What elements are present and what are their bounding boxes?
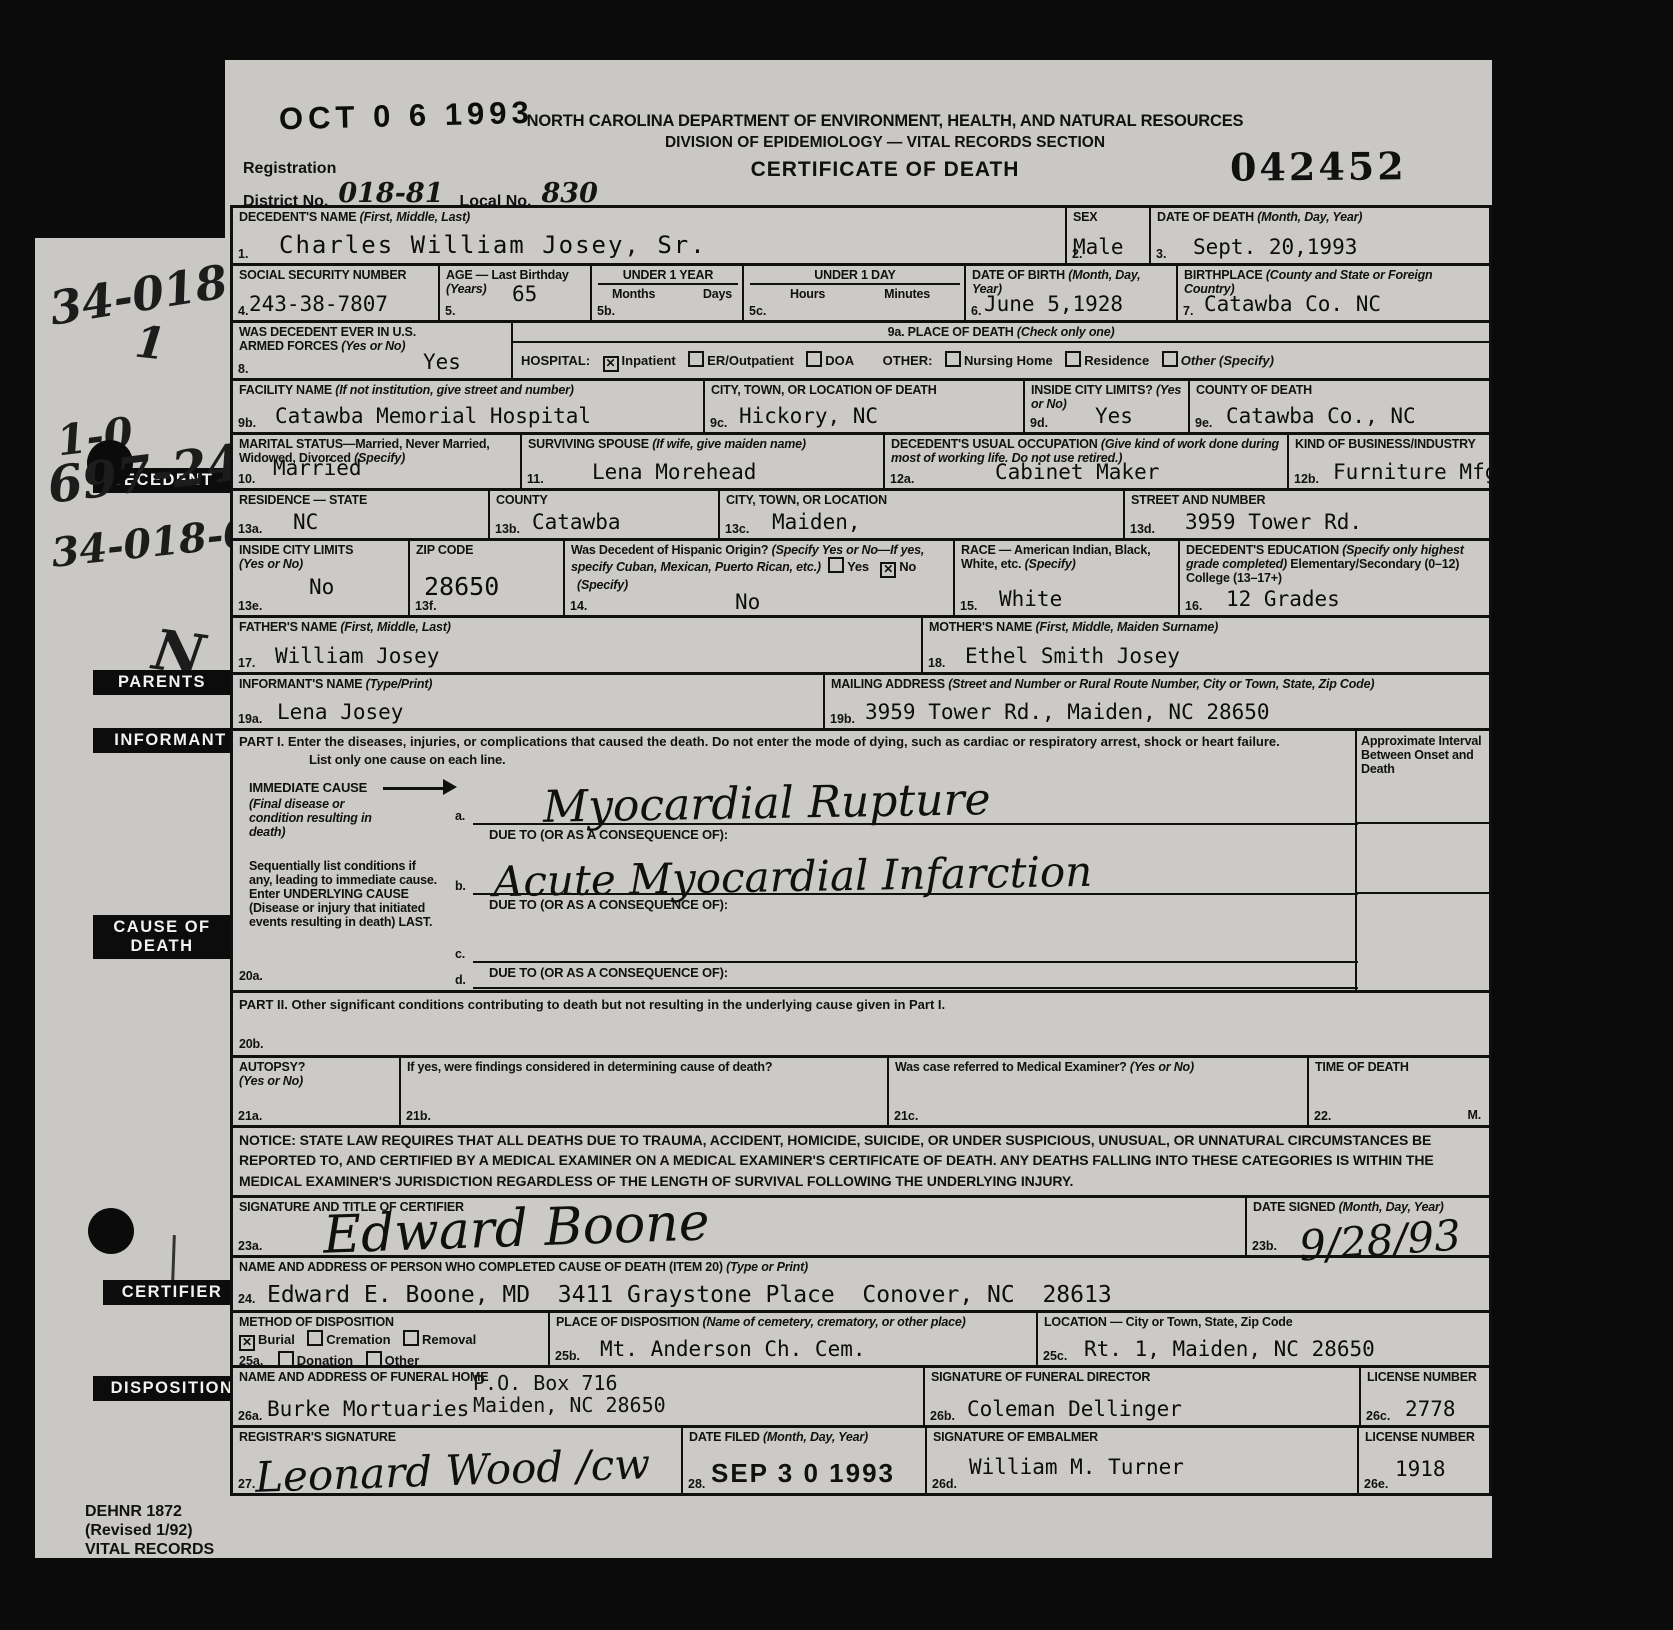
checkbox-burial: ✕ — [239, 1335, 255, 1351]
field-num: 21c. — [894, 1109, 918, 1123]
interval-line-b — [1357, 892, 1489, 894]
residence-city-value: Maiden, — [772, 510, 861, 534]
mother-value: Ethel Smith Josey — [965, 644, 1180, 668]
field-num: 17. — [238, 656, 255, 670]
field-marital-status: MARITAL STATUS—Married, Never Married, W… — [233, 435, 520, 488]
field-registrar-signature: REGISTRAR'S SIGNATURE 27. Leonard Wood /… — [233, 1428, 681, 1493]
certifier-signature-value: Edward Boone — [322, 1192, 710, 1265]
interval-label: Approximate Interval Between Onset and D… — [1357, 731, 1489, 779]
field-date-of-death: DATE OF DEATH (Month, Day, Year) 3. Sept… — [1149, 208, 1489, 263]
field-num: 19b. — [830, 712, 855, 726]
checkbox-other-specify — [1162, 351, 1178, 367]
mother-sublabel: (First, Middle, Maiden Surname) — [1035, 620, 1218, 634]
field-mother-name: MOTHER'S NAME (First, Middle, Maiden Sur… — [921, 618, 1489, 672]
field-num: 13b. — [495, 522, 520, 536]
mailing-label: MAILING ADDRESS — [831, 677, 945, 691]
findings-label: If yes, were findings considered in dete… — [407, 1060, 883, 1074]
row-ssn-age-birth: SOCIAL SECURITY NUMBER 4. 243-38-7807 AG… — [233, 266, 1489, 323]
certificate-form: DECEDENT'S NAME (First, Middle, Last) 1.… — [230, 205, 1492, 1496]
row-autopsy: AUTOPSY?(Yes or No) 21a. If yes, were fi… — [233, 1058, 1489, 1128]
completer-value: Edward E. Boone, MD 3411 Graystone Place… — [267, 1282, 1112, 1308]
field-num: 26c. — [1366, 1409, 1390, 1423]
field-num: 9e. — [1195, 416, 1212, 430]
decedent-name-label: DECEDENT'S NAME — [239, 210, 356, 224]
field-father-name: FATHER'S NAME (First, Middle, Last) 17. … — [233, 618, 921, 672]
field-num: 12a. — [890, 472, 914, 486]
field-num: 21a. — [238, 1109, 262, 1123]
field-num: 25c. — [1043, 1349, 1067, 1363]
embalmer-license-label: LICENSE NUMBER — [1365, 1430, 1485, 1444]
part1-cause-of-death: PART I. Enter the diseases, injuries, or… — [233, 731, 1489, 993]
checkbox-removal — [403, 1330, 419, 1346]
row-registrar: REGISTRAR'S SIGNATURE 27. Leonard Wood /… — [233, 1428, 1489, 1493]
checkbox-doa — [806, 351, 822, 367]
form-number-block: DEHNR 1872 (Revised 1/92) VITAL RECORDS — [85, 1502, 214, 1560]
hospital-label: HOSPITAL: — [521, 353, 590, 368]
funeral-director-label: SIGNATURE OF FUNERAL DIRECTOR — [931, 1370, 1355, 1384]
field-num: 8. — [238, 362, 248, 376]
checkbox-nursing-home — [945, 351, 961, 367]
disposition-place-value: Mt. Anderson Ch. Cem. — [600, 1337, 866, 1361]
county-of-death-value: Catawba Co., NC — [1226, 404, 1416, 428]
line-d-letter: d. — [455, 973, 466, 987]
checkbox-residence — [1065, 351, 1081, 367]
residence-county-label: COUNTY — [496, 493, 714, 507]
field-num: 11. — [527, 472, 544, 486]
date-filed-sublabel: (Month, Day, Year) — [763, 1430, 868, 1444]
row-parents: FATHER'S NAME (First, Middle, Last) 17. … — [233, 618, 1489, 675]
mother-label: MOTHER'S NAME — [929, 620, 1032, 634]
row-cause-completer: NAME AND ADDRESS OF PERSON WHO COMPLETED… — [233, 1258, 1489, 1313]
certificate-paper: OCT 0 6 1993 NORTH CAROLINA DEPARTMENT O… — [35, 60, 1492, 1558]
checkbox-donation — [278, 1351, 294, 1367]
minutes-label: Minutes — [884, 287, 930, 301]
sex-value: Male — [1073, 235, 1124, 259]
date-of-death-label: DATE OF DEATH — [1157, 210, 1254, 224]
field-num: 12b. — [1294, 472, 1319, 486]
section-label-informant: INFORMANT — [93, 728, 248, 753]
funeral-director-value: Coleman Dellinger — [967, 1397, 1182, 1421]
field-race: RACE — American Indian, Black, White, et… — [953, 541, 1178, 615]
field-num: 13d. — [1130, 522, 1155, 536]
field-funeral-director: SIGNATURE OF FUNERAL DIRECTOR 26b. Colem… — [923, 1368, 1359, 1425]
burial-label: Burial — [258, 1332, 295, 1347]
field-num: 13a. — [238, 522, 262, 536]
director-license-label: LICENSE NUMBER — [1367, 1370, 1485, 1384]
death-label: DEATH — [103, 937, 221, 956]
field-zip-code: ZIP CODE 13f. 28650 — [408, 541, 563, 615]
scanned-death-certificate: OCT 0 6 1993 NORTH CAROLINA DEPARTMENT O… — [0, 0, 1673, 1630]
checkbox-inpatient: ✕ — [603, 356, 619, 372]
immediate-cause-label: IMMEDIATE CAUSE — [249, 781, 367, 796]
date-signed-label: DATE SIGNED — [1253, 1200, 1335, 1214]
certificate-number: 042452 — [1230, 143, 1407, 190]
hispanic-value: No — [735, 590, 760, 614]
field-residence-city: CITY, TOWN, OR LOCATION 13c. Maiden, — [718, 491, 1123, 538]
autopsy-label: AUTOPSY? — [239, 1060, 305, 1074]
field-industry: KIND OF BUSINESS/INDUSTRY 12b. Furniture… — [1287, 435, 1489, 488]
row-decedent-name: DECEDENT'S NAME (First, Middle, Last) 1.… — [233, 208, 1489, 266]
field-num: 9d. — [1030, 416, 1048, 430]
field-embalmer-license: LICENSE NUMBER 26e. 1918 — [1357, 1428, 1489, 1493]
field-disposition-location: LOCATION — City or Town, State, Zip Code… — [1036, 1313, 1489, 1365]
field-num: 9c. — [710, 416, 727, 430]
embalmer-value: William M. Turner — [969, 1455, 1184, 1479]
doa-label: DOA — [825, 353, 854, 368]
hole-punch — [88, 1208, 134, 1254]
line-a-letter: a. — [455, 809, 465, 823]
department-name: NORTH CAROLINA DEPARTMENT OF ENVIRONMENT… — [435, 112, 1335, 131]
res-inside-city-value: No — [309, 575, 334, 599]
residence-city-label: CITY, TOWN, OR LOCATION — [726, 493, 1119, 507]
disposition-location-label: LOCATION — City or Town, State, Zip Code — [1044, 1315, 1485, 1329]
field-num: 25b. — [555, 1349, 580, 1363]
checkbox-other-disposition — [366, 1351, 382, 1367]
county-of-death-label: COUNTY OF DEATH — [1196, 383, 1485, 397]
autopsy-sublabel: (Yes or No) — [239, 1074, 303, 1088]
part2-instruction-text: Other significant conditions contributin… — [292, 997, 946, 1012]
field-date-filed: DATE FILED (Month, Day, Year) 28. SEP 3 … — [681, 1428, 925, 1493]
field-num: 5. — [445, 304, 455, 318]
residence-label: Residence — [1084, 353, 1149, 368]
cremation-label: Cremation — [326, 1332, 390, 1347]
checkbox-er-outpatient — [688, 351, 704, 367]
facility-value: Catawba Memorial Hospital — [275, 404, 591, 428]
division-name: DIVISION OF EPIDEMIOLOGY — VITAL RECORDS… — [435, 134, 1335, 152]
date-of-death-sublabel: (Month, Day, Year) — [1257, 210, 1362, 224]
field-birthplace: BIRTHPLACE (County and State or Foreign … — [1176, 266, 1489, 320]
res-inside-city-label: INSIDE CITY LIMITS — [239, 543, 353, 557]
field-city-of-death: CITY, TOWN, OR LOCATION OF DEATH 9c. Hic… — [703, 381, 1023, 432]
city-of-death-label: CITY, TOWN, OR LOCATION OF DEATH — [711, 383, 1019, 397]
nursing-home-label: Nursing Home — [964, 353, 1053, 368]
field-num: 6. — [971, 304, 981, 318]
informant-label: INFORMANT'S NAME — [239, 677, 362, 691]
field-armed-forces: WAS DECEDENT EVER IN U.S. ARMED FORCES (… — [233, 323, 511, 378]
field-num: 25a. — [239, 1354, 263, 1368]
field-num: 26d. — [932, 1477, 957, 1491]
place-of-death-label: PLACE OF DEATH — [908, 325, 1014, 339]
field-num: 27. — [238, 1477, 255, 1491]
field-mailing-address: MAILING ADDRESS (Street and Number or Ru… — [823, 675, 1489, 728]
field-place-of-death: 9a. PLACE OF DEATH (Check only one) HOSP… — [511, 323, 1489, 378]
occupation-value: Cabinet Maker — [995, 460, 1159, 484]
row-residence: RESIDENCE — STATE 13a. NC COUNTY 13b. Ca… — [233, 491, 1489, 541]
father-label: FATHER'S NAME — [239, 620, 337, 634]
father-sublabel: (First, Middle, Last) — [340, 620, 450, 634]
sequential-conditions-label: Sequentially list conditions if any, lea… — [249, 859, 439, 929]
decedent-name-sublabel: (First, Middle, Last) — [360, 210, 470, 224]
field-education: DECEDENT'S EDUCATION (Specify only highe… — [1178, 541, 1489, 615]
form-number: DEHNR 1872 — [85, 1502, 214, 1521]
inside-city-label: INSIDE CITY LIMITS? — [1031, 383, 1153, 397]
residence-street-label: STREET AND NUMBER — [1131, 493, 1485, 507]
field-num: 5c. — [749, 304, 766, 318]
field-num: 23b. — [1252, 1239, 1277, 1253]
other-label: OTHER: — [883, 353, 933, 368]
field-num: 14. — [570, 599, 587, 613]
scan-shadow — [35, 60, 225, 238]
field-death-inside-city: INSIDE CITY LIMITS? (Yes or No) 9d. Yes — [1023, 381, 1188, 432]
field-num: 4. — [238, 304, 248, 318]
field-num: 23a. — [238, 1239, 262, 1253]
dob-value: June 5,1928 — [984, 292, 1123, 316]
section-label-certifier: CERTIFIER — [103, 1280, 241, 1305]
age-value: 65 — [512, 282, 537, 306]
hispanic-no-label: No — [899, 559, 916, 574]
field-num-20a: 20a. — [239, 969, 263, 983]
disposition-place-sublabel: (Name of cemetery, crematory, or other p… — [703, 1315, 966, 1329]
residence-street-value: 3959 Tower Rd. — [1185, 510, 1362, 534]
other-specify-label: Other (Specify) — [1181, 353, 1274, 368]
funeral-home-address-line1: P.O. Box 716 — [473, 1372, 666, 1394]
row-zip-hispanic-race-education: INSIDE CITY LIMITS(Yes or No) 13e. No ZI… — [233, 541, 1489, 618]
under-1-year-label: UNDER 1 YEAR — [598, 268, 738, 285]
res-inside-city-sublabel: (Yes or No) — [239, 557, 303, 571]
part2-instructions: PART II. Other significant conditions co… — [239, 997, 1439, 1012]
row-funeral-home: NAME AND ADDRESS OF FUNERAL HOME 26a. Bu… — [233, 1368, 1489, 1428]
cause-a-value: Myocardial Rupture — [543, 774, 991, 833]
line-c-letter: c. — [455, 947, 465, 961]
spouse-label: SURVIVING SPOUSE — [528, 437, 649, 451]
row-marital-spouse-occupation: MARITAL STATUS—Married, Never Married, W… — [233, 435, 1489, 491]
inside-city-value: Yes — [1095, 404, 1133, 428]
field-num: 22. — [1314, 1109, 1331, 1123]
marital-value: Married — [273, 456, 362, 480]
field-num: 9b. — [238, 416, 256, 430]
field-num: 24. — [238, 1292, 255, 1306]
father-value: William Josey — [275, 644, 439, 668]
part1-instructions: PART I. Enter the diseases, injuries, or… — [239, 734, 1349, 749]
field-funeral-home: NAME AND ADDRESS OF FUNERAL HOME 26a. Bu… — [233, 1368, 923, 1425]
disposition-method-label: METHOD OF DISPOSITION — [239, 1315, 544, 1329]
checkbox-cremation — [307, 1330, 323, 1346]
mailing-value: 3959 Tower Rd., Maiden, NC 28650 — [865, 700, 1270, 724]
industry-label: KIND OF BUSINESS/INDUSTRY — [1295, 437, 1485, 451]
city-of-death-value: Hickory, NC — [739, 404, 878, 428]
informant-sublabel: (Type/Print) — [366, 677, 433, 691]
birthplace-label: BIRTHPLACE — [1184, 268, 1263, 282]
field-disposition-place: PLACE OF DISPOSITION (Name of cemetery, … — [548, 1313, 1036, 1365]
part2-other-conditions: PART II. Other significant conditions co… — [233, 993, 1489, 1058]
armed-forces-sublabel: (Yes or No) — [341, 339, 405, 353]
date-filed-label: DATE FILED — [689, 1430, 760, 1444]
field-num: 18. — [928, 656, 945, 670]
completer-label: NAME AND ADDRESS OF PERSON WHO COMPLETED… — [239, 1260, 723, 1274]
cause-line-d — [473, 959, 1358, 989]
medical-examiner-notice: NOTICE: STATE LAW REQUIRES THAT ALL DEAT… — [233, 1128, 1489, 1193]
field-num: 13f. — [415, 599, 437, 613]
interval-line-a — [1357, 822, 1489, 824]
er-outpatient-label: ER/Outpatient — [707, 353, 794, 368]
donation-label: Donation — [297, 1353, 353, 1368]
time-of-death-label: TIME OF DEATH — [1315, 1060, 1485, 1074]
residence-county-value: Catawba — [532, 510, 621, 534]
field-hispanic-origin: Was Decedent of Hispanic Origin? (Specif… — [563, 541, 953, 615]
field-occupation: DECEDENT'S USUAL OCCUPATION (Give kind o… — [883, 435, 1287, 488]
under-1-day-label: UNDER 1 DAY — [750, 268, 960, 285]
field-county-of-death: COUNTY OF DEATH 9e. Catawba Co., NC — [1188, 381, 1489, 432]
field-facility-name: FACILITY NAME (If not institution, give … — [233, 381, 703, 432]
race-sublabel: (Specify) — [1025, 557, 1076, 571]
other-disposition-label: Other — [385, 1353, 420, 1368]
registrar-signature-value: Leonard Wood /cw — [254, 1439, 651, 1502]
field-num: 28. — [688, 1477, 705, 1491]
date-filed-stamp: SEP 3 0 1993 — [711, 1458, 895, 1489]
field-under-1-day: UNDER 1 DAY Hours Minutes 5c. — [742, 266, 964, 320]
ssn-label: SOCIAL SECURITY NUMBER — [239, 268, 434, 282]
facility-sublabel: (If not institution, give street and num… — [335, 383, 573, 397]
field-num: 7. — [1183, 304, 1193, 318]
row-informant: INFORMANT'S NAME (Type/Print) 19a. Lena … — [233, 675, 1489, 731]
disposition-location-value: Rt. 1, Maiden, NC 28650 — [1084, 1337, 1375, 1361]
part1-heading: PART I. — [239, 734, 284, 749]
hispanic-yes-label: Yes — [847, 559, 869, 574]
field-decedent-name: DECEDENT'S NAME (First, Middle, Last) 1.… — [233, 208, 1065, 263]
marital-sublabel: (Specify) — [354, 451, 405, 465]
spouse-sublabel: (If wife, give maiden name) — [652, 437, 806, 451]
field-residence-street: STREET AND NUMBER 13d. 3959 Tower Rd. — [1123, 491, 1489, 538]
cause-of-label: CAUSE OF — [103, 918, 221, 937]
field-num: 19a. — [238, 712, 262, 726]
part1-instruction-text: Enter the diseases, injuries, or complic… — [288, 734, 1280, 749]
registration-label: Registration — [243, 160, 632, 178]
education-label: DECEDENT'S EDUCATION — [1186, 543, 1339, 557]
form-revision: (Revised 1/92) — [85, 1521, 214, 1540]
field-num: 1. — [238, 247, 248, 261]
hispanic-label: Was Decedent of Hispanic Origin? — [571, 543, 768, 557]
field-num: 15. — [960, 599, 977, 613]
hours-label: Hours — [790, 287, 825, 301]
inpatient-label: Inpatient — [622, 353, 676, 368]
checkbox-hispanic-yes — [828, 557, 844, 573]
embalmer-label: SIGNATURE OF EMBALMER — [933, 1430, 1353, 1444]
field-disposition-method: METHOD OF DISPOSITION ✕Burial Cremation … — [233, 1313, 548, 1365]
funeral-home-address-line2: Maiden, NC 28650 — [473, 1394, 666, 1416]
field-sex: SEX 2. Male — [1065, 208, 1149, 263]
row-facility: FACILITY NAME (If not institution, give … — [233, 381, 1489, 435]
zip-label: ZIP CODE — [416, 543, 559, 557]
field-date-signed: DATE SIGNED (Month, Day, Year) 23b. 9/28… — [1245, 1198, 1489, 1255]
me-referred-label: Was case referred to Medical Examiner? — [895, 1060, 1127, 1074]
margin-tick-mark — [171, 1235, 176, 1283]
field-num: 10. — [238, 472, 255, 486]
zip-value: 28650 — [424, 572, 499, 601]
field-num: 16. — [1185, 599, 1202, 613]
field-num: 26a. — [238, 1409, 262, 1423]
age-label: AGE — Last Birthday — [446, 268, 569, 282]
field-num-20b: 20b. — [239, 1037, 263, 1051]
field-num: 5b. — [597, 304, 615, 318]
field-residence-inside-city: INSIDE CITY LIMITS(Yes or No) 13e. No — [233, 541, 408, 615]
field-embalmer-signature: SIGNATURE OF EMBALMER 26d. William M. Tu… — [925, 1428, 1357, 1493]
field-num: 3. — [1156, 247, 1166, 261]
field-findings-considered: If yes, were findings considered in dete… — [399, 1058, 887, 1125]
sex-label: SEX — [1073, 210, 1145, 224]
field-residence-county: COUNTY 13b. Catawba — [488, 491, 718, 538]
row-armed-forces-place-of-death: WAS DECEDENT EVER IN U.S. ARMED FORCES (… — [233, 323, 1489, 381]
row-disposition: METHOD OF DISPOSITION ✕Burial Cremation … — [233, 1313, 1489, 1368]
field-date-of-birth: DATE OF BIRTH (Month, Day, Year) 6. June… — [964, 266, 1176, 320]
education-value: 12 Grades — [1226, 587, 1340, 611]
row-certifier-signature: SIGNATURE AND TITLE OF CERTIFIER 23a. Ed… — [233, 1198, 1489, 1258]
part2-heading: PART II. — [239, 997, 288, 1012]
row-notice: NOTICE: STATE LAW REQUIRES THAT ALL DEAT… — [233, 1128, 1489, 1198]
dob-label: DATE OF BIRTH — [972, 268, 1065, 282]
cause-line-b: Acute Myocardial Infarction — [473, 833, 1358, 895]
field-age: AGE — Last Birthday(Years) 5. 65 — [438, 266, 590, 320]
field-certifier-signature: SIGNATURE AND TITLE OF CERTIFIER 23a. Ed… — [233, 1198, 1245, 1255]
mailing-sublabel: (Street and Number or Rural Route Number… — [948, 677, 1374, 691]
funeral-home-value: Burke Mortuaries — [267, 1397, 469, 1421]
section-label-parents: PARENTS — [93, 670, 231, 695]
field-autopsy: AUTOPSY?(Yes or No) 21a. — [233, 1058, 399, 1125]
ssn-value: 243-38-7807 — [249, 292, 388, 316]
removal-label: Removal — [422, 1332, 476, 1347]
checkbox-hispanic-no: ✕ — [880, 562, 896, 578]
field-surviving-spouse: SURVIVING SPOUSE (If wife, give maiden n… — [520, 435, 883, 488]
me-referred-sublabel: (Yes or No) — [1130, 1060, 1194, 1074]
birthplace-value: Catawba Co. NC — [1204, 292, 1381, 316]
field-ssn: SOCIAL SECURITY NUMBER 4. 243-38-7807 — [233, 266, 438, 320]
field-time-of-death: TIME OF DEATH 22. M. — [1307, 1058, 1489, 1125]
arrow-line — [383, 787, 445, 790]
field-num-inline: 9a. — [888, 325, 905, 339]
completer-sublabel: (Type or Print) — [726, 1260, 808, 1274]
interval-column: Approximate Interval Between Onset and D… — [1355, 731, 1489, 990]
section-label-disposition: DISPOSITION — [93, 1376, 251, 1401]
cause-line-a: Myocardial Rupture — [473, 761, 1358, 825]
race-value: White — [999, 587, 1062, 611]
field-director-license: LICENSE NUMBER 26c. 2778 — [1359, 1368, 1489, 1425]
immediate-cause-sublabel: (Final disease or condition resulting in… — [249, 797, 399, 839]
disposition-place-label: PLACE OF DISPOSITION — [556, 1315, 699, 1329]
field-num: 26e. — [1364, 1477, 1388, 1491]
days-label: Days — [703, 287, 732, 301]
arrow-head-icon — [443, 779, 465, 795]
embalmer-license-value: 1918 — [1395, 1457, 1446, 1481]
armed-forces-value: Yes — [423, 350, 461, 374]
field-residence-state: RESIDENCE — STATE 13a. NC — [233, 491, 488, 538]
line-b-letter: b. — [455, 879, 466, 893]
field-num: 21b. — [406, 1109, 431, 1123]
date-of-death-value: Sept. 20,1993 — [1193, 235, 1357, 259]
field-under-1-year: UNDER 1 YEAR Months Days 5b. — [590, 266, 742, 320]
field-num: 26b. — [930, 1409, 955, 1423]
residence-state-value: NC — [293, 510, 318, 534]
field-informant-name: INFORMANT'S NAME (Type/Print) 19a. Lena … — [233, 675, 823, 728]
margin-note-one: 1 — [132, 317, 168, 371]
hispanic-specify-label: (Specify) — [577, 578, 628, 592]
section-label-cause-of-death: CAUSE OF DEATH — [93, 915, 231, 959]
funeral-home-address: P.O. Box 716 Maiden, NC 28650 — [473, 1372, 666, 1416]
registration-block: Registration District No. 018-81 Local N… — [243, 160, 632, 211]
industry-value: Furniture Mfg. — [1333, 460, 1510, 484]
occupation-label: DECEDENT'S USUAL OCCUPATION — [891, 437, 1098, 451]
director-license-value: 2778 — [1405, 1397, 1456, 1421]
spouse-value: Lena Morehead — [592, 460, 756, 484]
time-meridiem-label: M. — [1468, 1108, 1482, 1122]
form-office: VITAL RECORDS — [85, 1540, 214, 1559]
residence-state-label: RESIDENCE — STATE — [239, 493, 484, 507]
field-medical-examiner: Was case referred to Medical Examiner? (… — [887, 1058, 1307, 1125]
informant-value: Lena Josey — [277, 700, 403, 724]
decedent-name-value: Charles William Josey, Sr. — [279, 231, 707, 259]
months-label: Months — [612, 287, 655, 301]
facility-label: FACILITY NAME — [239, 383, 332, 397]
field-num: 13e. — [238, 599, 262, 613]
age-sublabel: (Years) — [446, 282, 487, 296]
